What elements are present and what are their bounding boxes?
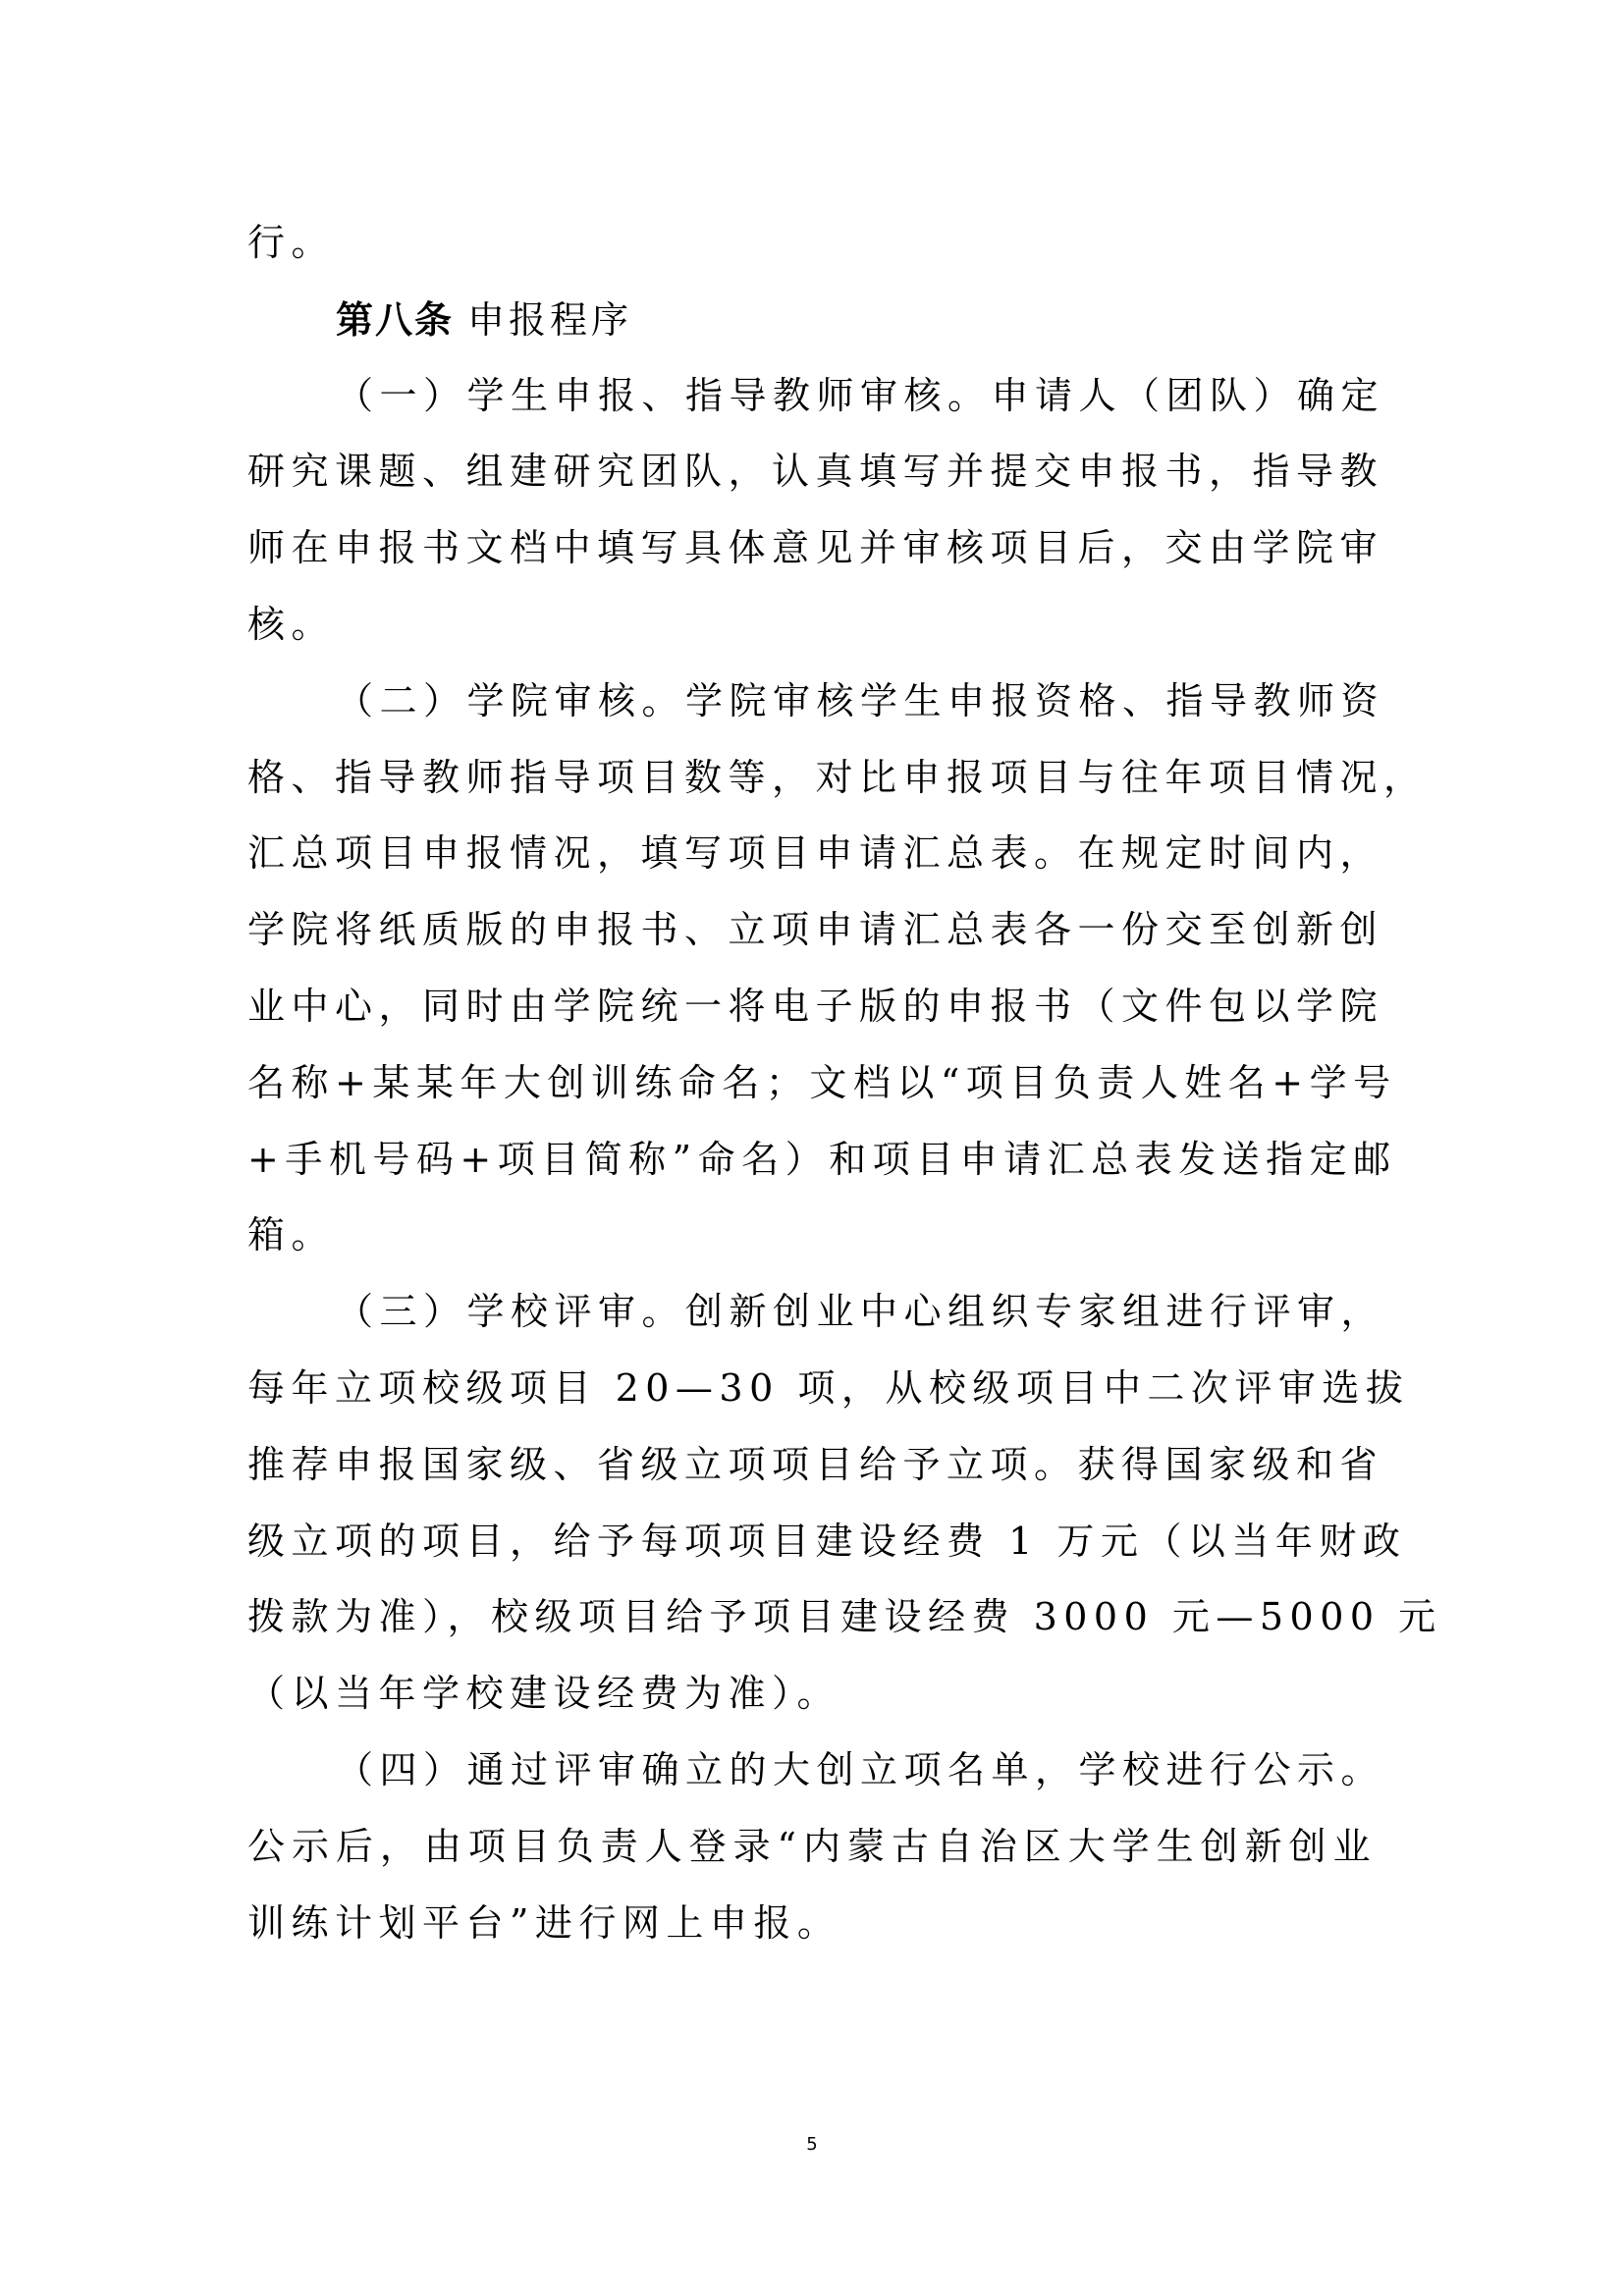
- paragraph-4-line-2: 公示后，由项目负责人登录“内蒙古自治区大学生创新创业: [247, 1809, 1377, 1886]
- paragraph-2-line-1: （二）学院审核。学院审核学生申报资格、指导教师资: [247, 664, 1377, 740]
- body-text: 行。 第八条申报程序 （一）学生申报、指导教师审核。申请人（团队）确定 研究课题…: [247, 205, 1377, 1961]
- paragraph-4-line-3: 训练计划平台”进行网上申报。: [247, 1886, 1377, 1962]
- paragraph-2-line-5: 业中心，同时由学院统一将电子版的申报书（文件包以学院: [247, 969, 1377, 1045]
- paragraph-3-line-3: 推荐申报国家级、省级立项项目给予立项。获得国家级和省: [247, 1427, 1377, 1504]
- paragraph-1-line-3: 师在申报书文档中填写具体意见并审核项目后，交由学院审: [247, 510, 1377, 587]
- paragraph-4-line-1: （四）通过评审确立的大创立项名单，学校进行公示。: [247, 1733, 1377, 1809]
- paragraph-1-line-4: 核。: [247, 587, 1377, 664]
- paragraph-3-line-5: 拨款为准），校级项目给予项目建设经费 3000 元—5000 元: [247, 1579, 1377, 1656]
- paragraph-3-line-1: （三）学校评审。创新创业中心组织专家组进行评审，: [247, 1274, 1377, 1351]
- continuation-line: 行。: [247, 205, 1377, 282]
- paragraph-3-line-4: 级立项的项目，给予每项项目建设经费 1 万元（以当年财政: [247, 1504, 1377, 1580]
- paragraph-2-line-3: 汇总项目申报情况，填写项目申请汇总表。在规定时间内，: [247, 816, 1377, 892]
- article-heading: 第八条申报程序: [247, 282, 1377, 358]
- paragraph-3-line-2: 每年立项校级项目 20—30 项，从校级项目中二次评审选拔: [247, 1351, 1377, 1427]
- article-label: 第八条: [336, 297, 454, 342]
- paragraph-1-line-2: 研究课题、组建研究团队，认真填写并提交申报书，指导教: [247, 434, 1377, 510]
- paragraph-3-line-6: （以当年学校建设经费为准）。: [247, 1656, 1377, 1733]
- paragraph-1-line-1: （一）学生申报、指导教师审核。申请人（团队）确定: [247, 358, 1377, 435]
- paragraph-2-line-4: 学院将纸质版的申报书、立项申请汇总表各一份交至创新创: [247, 892, 1377, 969]
- document-page: 行。 第八条申报程序 （一）学生申报、指导教师审核。申请人（团队）确定 研究课题…: [0, 0, 1624, 2296]
- paragraph-2-line-6: 名称+某某年大创训练命名；文档以“项目负责人姓名+学号: [247, 1045, 1377, 1122]
- paragraph-2-line-8: 箱。: [247, 1198, 1377, 1274]
- page-number: 5: [797, 2134, 827, 2155]
- article-title: 申报程序: [467, 298, 632, 342]
- paragraph-2-line-2: 格、指导教师指导项目数等，对比申报项目与往年项目情况，: [247, 740, 1377, 817]
- paragraph-2-line-7: +手机号码+项目简称”命名）和项目申请汇总表发送指定邮: [247, 1122, 1377, 1199]
